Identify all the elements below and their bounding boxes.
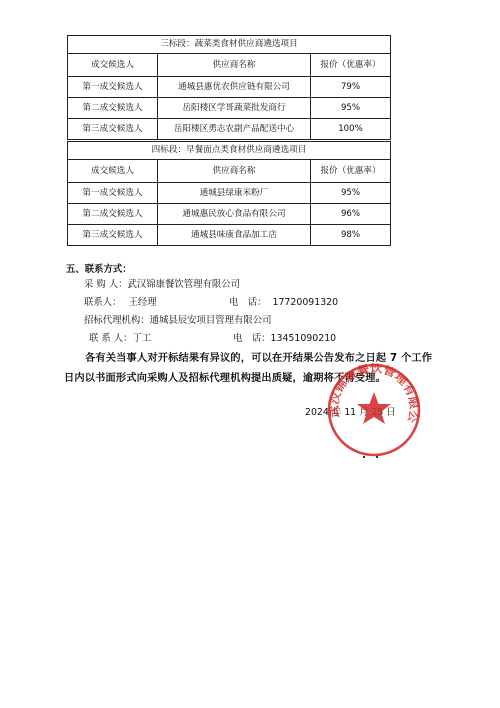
candidate-rank: 第一成交候选人 [68, 77, 158, 98]
seal-icon: 武汉锦康餐饮管理有限公司 [326, 362, 422, 458]
purchaser-phone: 17720091320 [273, 297, 339, 308]
speck-mark [363, 456, 365, 458]
table-row: 第一成交候选人 通城县绿康米粉厂 95% [68, 183, 391, 204]
discount-rate: 100% [311, 119, 391, 140]
agent-name: 通城县辰安项目管理有限公司 [150, 315, 272, 326]
company-seal-stamp: 武汉锦康餐饮管理有限公司 [326, 362, 422, 458]
section3-table: 三标段：蔬菜类食材供应商遴选项目 成交候选人 供应商名称 报价（优惠率） 第一成… [67, 35, 391, 140]
agent-phone-line: 电 话：13451090210 [233, 330, 336, 344]
candidate-rank: 第三成交候选人 [68, 119, 158, 140]
section3-title: 三标段：蔬菜类食材供应商遴选项目 [68, 36, 391, 54]
agent-contact-line: 联 系 人：丁工 [89, 330, 151, 344]
purchaser-line: 采 购 人：武汉锦康餐饮管理有限公司 [84, 276, 240, 290]
supplier-name: 通城县惠优农供应链有限公司 [158, 77, 311, 98]
candidate-rank: 第二成交候选人 [68, 98, 158, 119]
purchaser-label: 采 购 人： [84, 279, 127, 290]
contact-heading: 五、联系方式： [66, 261, 132, 275]
supplier-name: 通城县味康食品加工店 [158, 225, 311, 246]
purchaser-contact-line: 联系人： 王经理 [84, 294, 157, 308]
supplier-name: 岳阳楼区学哥蔬菜批发商行 [158, 98, 311, 119]
candidate-rank: 第二成交候选人 [68, 204, 158, 225]
speck-mark [376, 456, 378, 458]
supplier-name: 岳阳楼区勇志农副产品配送中心 [158, 119, 311, 140]
purchaser-contact-label: 联系人： [84, 297, 122, 308]
agent-phone-label: 电 话： [233, 333, 271, 344]
section4-table: 四标段：早餐面点类食材供应商遴选项目 成交候选人 供应商名称 报价（优惠率） 第… [67, 141, 391, 246]
header-supplier: 供应商名称 [158, 160, 311, 183]
agent-contact-label: 联 系 人： [89, 333, 132, 344]
agent-phone: 13451090210 [271, 333, 337, 344]
agent-line: 招标代理机构：通城县辰安项目管理有限公司 [84, 312, 272, 326]
agent-label: 招标代理机构： [84, 315, 150, 326]
discount-rate: 98% [311, 225, 391, 246]
discount-rate: 96% [311, 204, 391, 225]
purchaser-phone-line: 电 话： 17720091320 [229, 294, 338, 308]
section4-title: 四标段：早餐面点类食材供应商遴选项目 [68, 142, 391, 160]
header-supplier: 供应商名称 [158, 54, 311, 77]
candidate-rank: 第三成交候选人 [68, 225, 158, 246]
header-rate: 报价（优惠率） [311, 54, 391, 77]
agent-contact-name: 丁工 [132, 333, 151, 344]
purchaser-contact-name: 王经理 [129, 297, 157, 308]
discount-rate: 95% [311, 183, 391, 204]
discount-rate: 79% [311, 77, 391, 98]
supplier-name: 通城惠民放心食品有限公司 [158, 204, 311, 225]
table-row: 第三成交候选人 岳阳楼区勇志农副产品配送中心 100% [68, 119, 391, 140]
table-row: 第三成交候选人 通城县味康食品加工店 98% [68, 225, 391, 246]
discount-rate: 95% [311, 98, 391, 119]
supplier-name: 通城县绿康米粉厂 [158, 183, 311, 204]
header-rate: 报价（优惠率） [311, 160, 391, 183]
purchaser-name: 武汉锦康餐饮管理有限公司 [127, 279, 240, 290]
header-candidate: 成交候选人 [68, 54, 158, 77]
table-row: 第二成交候选人 通城惠民放心食品有限公司 96% [68, 204, 391, 225]
candidate-rank: 第一成交候选人 [68, 183, 158, 204]
header-candidate: 成交候选人 [68, 160, 158, 183]
table-row: 第二成交候选人 岳阳楼区学哥蔬菜批发商行 95% [68, 98, 391, 119]
table-row: 第一成交候选人 通城县惠优农供应链有限公司 79% [68, 77, 391, 98]
purchaser-phone-label: 电 话： [229, 297, 267, 308]
document-page: 三标段：蔬菜类食材供应商遴选项目 成交候选人 供应商名称 报价（优惠率） 第一成… [0, 0, 500, 708]
